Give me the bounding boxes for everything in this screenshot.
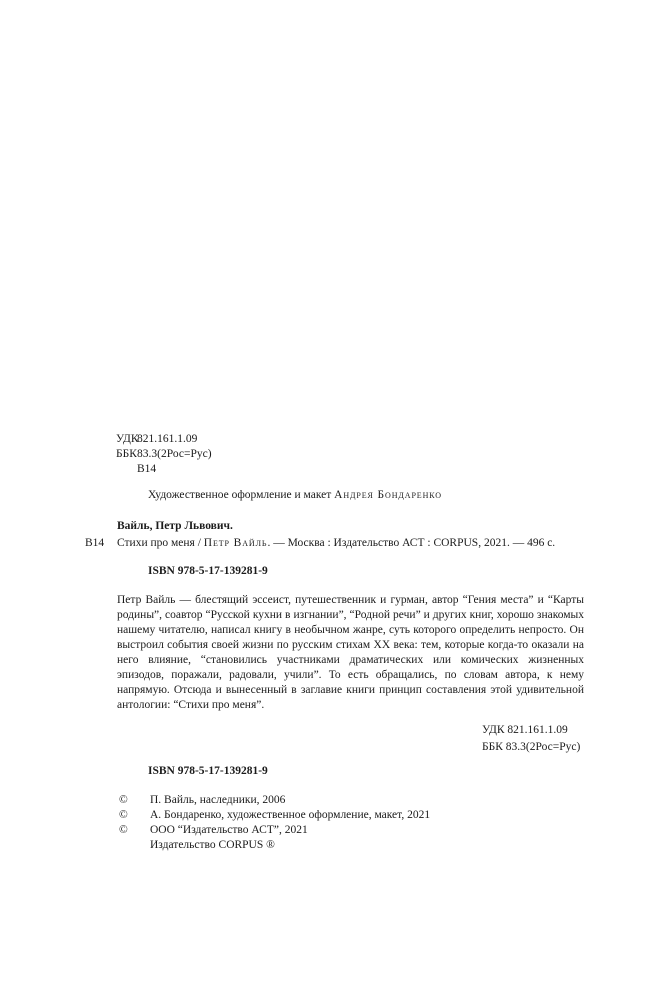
copyright-row: © ООО “Издательство АСТ”, 2021 [119, 823, 430, 838]
copyright-sign: © [119, 808, 150, 823]
entry-author-name: Петр Вайль [204, 537, 268, 549]
copyright-text: П. Вайль, наследники, 2006 [150, 793, 285, 808]
udk-value: 821.161.1.09 [137, 432, 197, 447]
copyright-row: Издательство CORPUS ® [119, 838, 430, 853]
udk-label: УДК [116, 432, 137, 447]
udk-row: УДК 821.161.1.09 [116, 432, 212, 447]
annotation-paragraph: Петр Вайль — блестящий эссеист, путешест… [117, 593, 584, 713]
copyright-row: © П. Вайль, наследники, 2006 [119, 793, 430, 808]
bbk-row: ББК 83.3(2Рос=Рус) [116, 447, 212, 462]
book-imprint-page: УДК 821.161.1.09 ББК 83.3(2Рос=Рус) В14 … [0, 0, 659, 1000]
copyright-sign: © [119, 823, 150, 838]
author-heading: Вайль, Петр Львович. [117, 519, 233, 534]
copyright-block: © П. Вайль, наследники, 2006 © А. Бондар… [119, 793, 430, 853]
empty-label [116, 462, 137, 477]
catalog-code: В14 [85, 536, 104, 551]
copyright-row: © А. Бондаренко, художественное оформлен… [119, 808, 430, 823]
isbn-line-top: ISBN 978-5-17-139281-9 [148, 564, 268, 579]
publisher-registered-text: Издательство CORPUS ® [150, 838, 275, 853]
isbn-line-bottom: ISBN 978-5-17-139281-9 [148, 764, 268, 779]
entry-imprint: . — Москва : Издательство АСТ : CORPUS, … [267, 537, 555, 549]
bibliographic-entry: Стихи про меня / Петр Вайль. — Москва : … [117, 536, 555, 551]
copyright-sign-empty [119, 838, 150, 853]
copyright-text: А. Бондаренко, художественное оформление… [150, 808, 430, 823]
design-credit-line: Художественное оформление и макет Андрея… [148, 488, 442, 503]
copyright-text: ООО “Издательство АСТ”, 2021 [150, 823, 308, 838]
author-code-row: В14 [116, 462, 212, 477]
bbk-value: 83.3(2Рос=Рус) [137, 447, 212, 462]
designer-name: Андрея Бондаренко [334, 489, 442, 501]
entry-title: Стихи про меня / [117, 537, 204, 549]
catalog-codes-bottom: УДК 821.161.1.09 ББК 83.3(2Рос=Рус) [482, 722, 580, 756]
bbk-label: ББК [116, 447, 137, 462]
author-sign-code: В14 [137, 462, 156, 477]
design-credit-text: Художественное оформление и макет [148, 489, 331, 501]
copyright-sign: © [119, 793, 150, 808]
udk-bottom: УДК 821.161.1.09 [482, 722, 580, 739]
bbk-bottom: ББК 83.3(2Рос=Рус) [482, 739, 580, 756]
catalog-codes-top: УДК 821.161.1.09 ББК 83.3(2Рос=Рус) В14 [116, 432, 212, 477]
